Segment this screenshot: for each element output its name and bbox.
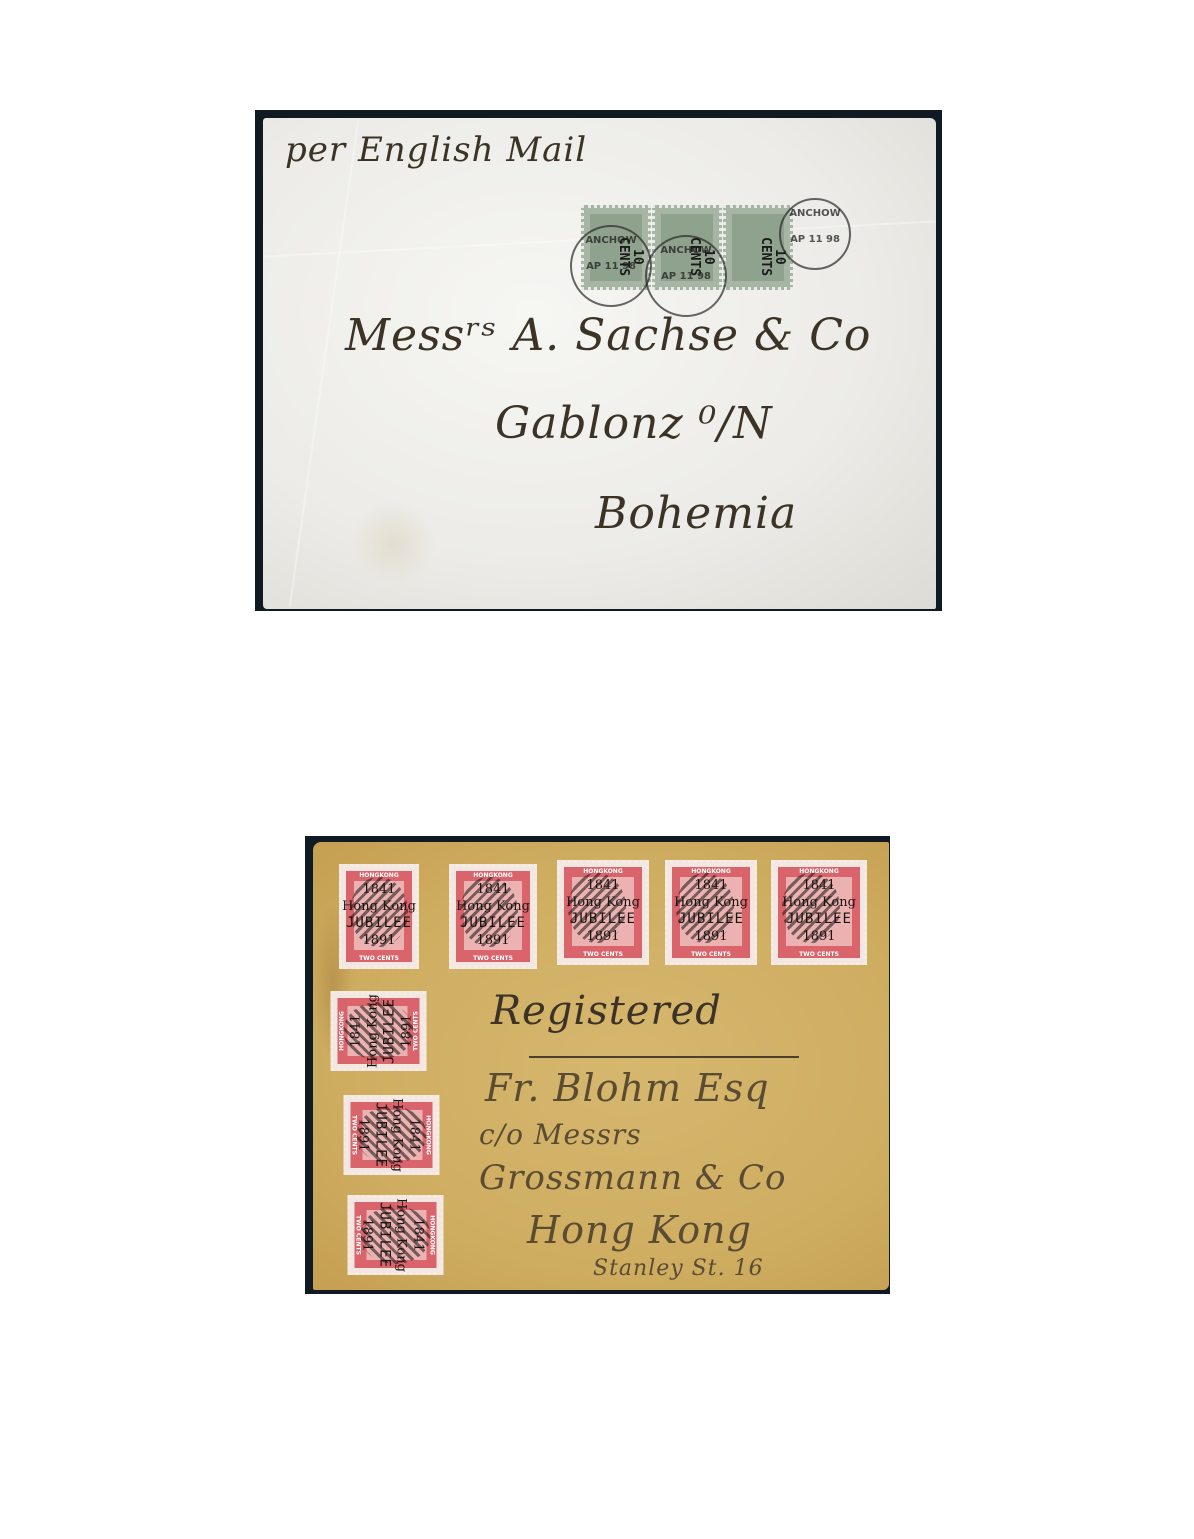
cover-photo-2: HONGKONG TWO CENTS 1841Hong KongJUBILEE1… [305, 836, 890, 1294]
postmark: ANCHOW AP 11 98 [570, 225, 652, 307]
address-line-2: c/o Messrs [479, 1118, 642, 1151]
jubilee-stamp: HONGKONG TWO CENTS 1841Hong KongJUBILEE1… [665, 860, 757, 965]
address-line-3: Bohemia [595, 488, 797, 539]
obliterator-cancel [460, 877, 518, 947]
jubilee-stamp: HONGKONG TWO CENTS 1841Hong KongJUBILEE1… [339, 1086, 435, 1184]
jubilee-stamp: HONGKONG TWO CENTS 1841Hong KongJUBILEE1… [335, 982, 431, 1080]
jubilee-stamp: HONGKONG TWO CENTS 1841Hong KongJUBILEE1… [557, 860, 649, 965]
jubilee-stamp: HONGKONG TWO CENTS 1841Hong KongJUBILEE1… [449, 864, 537, 969]
buff-envelope: HONGKONG TWO CENTS 1841Hong KongJUBILEE1… [313, 842, 889, 1290]
address-line-5: Stanley St. 16 [593, 1256, 764, 1281]
underline [529, 1056, 799, 1058]
address-line-3: Grossmann & Co [479, 1158, 786, 1198]
jubilee-stamp: HONGKONG TWO CENTS 1841Hong KongJUBILEE1… [339, 864, 419, 969]
postmark: ANCHOW AP 11 98 [645, 235, 727, 317]
postmark: ANCHOW AP 11 98 [779, 198, 851, 270]
obliterator-cancel [568, 873, 626, 943]
white-envelope: per English Mail 10 CENTS 10 CENTS 10 CE… [263, 118, 936, 609]
address-line-1: Messʳˢ A. Sachse & Co [345, 310, 871, 361]
jubilee-stamp: HONGKONG TWO CENTS 1841Hong KongJUBILEE1… [343, 1186, 439, 1284]
obliterator-cancel [350, 877, 408, 947]
address-line-4: Hong Kong [527, 1208, 752, 1252]
endorsement-text: per English Mail [285, 130, 587, 170]
jubilee-stamp: HONGKONG TWO CENTS 1841Hong KongJUBILEE1… [771, 860, 867, 965]
obliterator-cancel [782, 873, 840, 943]
address-line-2: Gablonz ⁰/N [495, 398, 773, 449]
obliterator-cancel [676, 873, 734, 943]
cover-photo-1: per English Mail 10 CENTS 10 CENTS 10 CE… [255, 110, 942, 611]
registered-endorsement: Registered [491, 988, 722, 1034]
address-line-1: Fr. Blohm Esq [485, 1066, 770, 1110]
